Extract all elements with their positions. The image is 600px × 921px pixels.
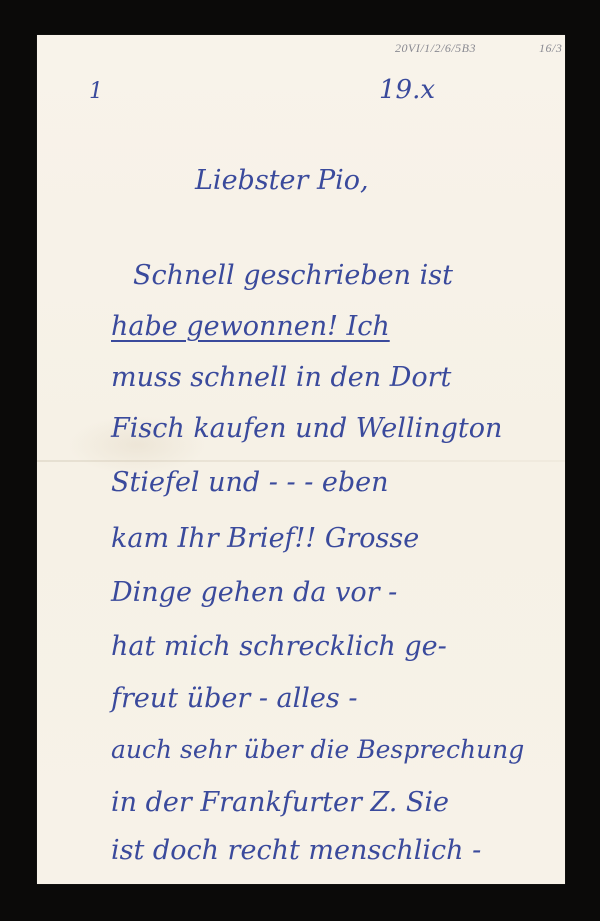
letter-line-11: in der Frankfurter Z. Sie bbox=[111, 787, 449, 818]
letter-line-7: Dinge gehen da vor - bbox=[111, 577, 397, 608]
letter-line-3: muss schnell in den Dort bbox=[111, 362, 451, 393]
page-number: 1 bbox=[89, 79, 103, 104]
letter-page: 20VI/1/2/6/5B3 16/3 1 19.x Liebster Pio,… bbox=[37, 35, 565, 884]
letter-date: 19.x bbox=[379, 75, 435, 105]
letter-line-12: ist doch recht menschlich - bbox=[111, 835, 481, 866]
letter-line-4: Fisch kaufen und Wellington bbox=[111, 413, 502, 444]
letter-line-8: hat mich schrecklich ge- bbox=[111, 631, 447, 662]
archive-folio-number: 16/3 bbox=[539, 41, 562, 56]
letter-line-5: Stiefel und - - - eben bbox=[111, 467, 389, 498]
salutation: Liebster Pio, bbox=[195, 165, 369, 196]
archive-call-number: 20VI/1/2/6/5B3 bbox=[395, 41, 476, 56]
letter-line-9: freut über - alles - bbox=[111, 683, 357, 714]
letter-line-6: kam Ihr Brief!! Grosse bbox=[111, 523, 419, 554]
letter-line-1: Schnell geschrieben ist bbox=[133, 260, 453, 291]
letter-line-10: auch sehr über die Besprechung bbox=[111, 735, 524, 764]
paper-fold-line bbox=[37, 460, 565, 462]
letter-line-2: habe gewonnen! Ich bbox=[111, 311, 390, 342]
